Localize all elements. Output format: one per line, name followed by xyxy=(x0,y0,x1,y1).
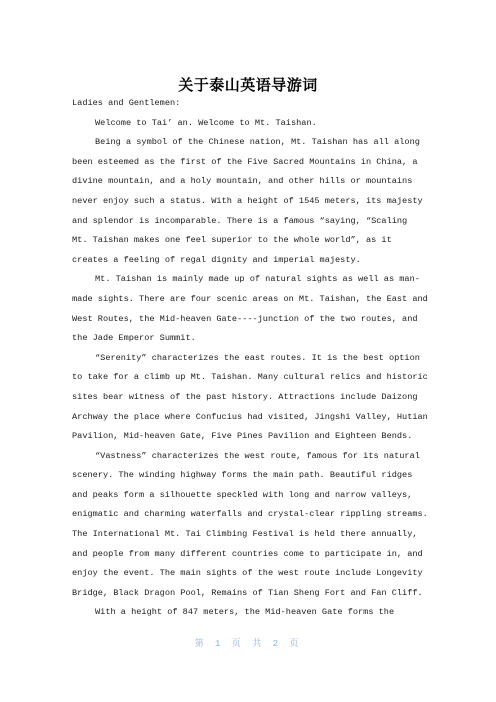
text-line: scenery. The winding highway forms the m… xyxy=(72,466,428,486)
text-line: Being a symbol of the Chinese nation, Mt… xyxy=(72,133,428,153)
document-title: 关于泰山英语导游词 xyxy=(0,74,496,95)
text-line: made sights. There are four scenic areas… xyxy=(72,290,428,310)
text-line: West Routes, the Mid-heaven Gate----junc… xyxy=(72,310,428,330)
text-line: “Vastness” characterizes the west route,… xyxy=(72,447,428,467)
text-line: Pavilion, Mid-heaven Gate, Five Pines Pa… xyxy=(72,427,428,447)
text-line: Mt. Taishan makes one feel superior to t… xyxy=(72,231,428,251)
text-line: “Serenity” characterizes the east routes… xyxy=(72,349,428,369)
text-line: Mt. Taishan is mainly made up of natural… xyxy=(72,270,428,290)
text-line: divine mountain, and a holy mountain, an… xyxy=(72,172,428,192)
text-line: enigmatic and charming waterfalls and cr… xyxy=(72,505,428,525)
text-line: Welcome to Tai’ an. Welcome to Mt. Taish… xyxy=(72,114,428,134)
text-line: The International Mt. Tai Climbing Festi… xyxy=(72,525,428,545)
text-line: to take for a climb up Mt. Taishan. Many… xyxy=(72,368,428,388)
page-number-footer: 第 1 页 共 2 页 xyxy=(0,636,496,649)
text-line: enjoy the event. The main sights of the … xyxy=(72,564,428,584)
text-line: been esteemed as the first of the Five S… xyxy=(72,153,428,173)
document-body: Ladies and Gentlemen:Welcome to Tai’ an.… xyxy=(72,94,428,623)
text-line: Archway the place where Confucius had vi… xyxy=(72,408,428,428)
text-line: and peaks form a silhouette speckled wit… xyxy=(72,486,428,506)
text-line: sites bear witness of the past history. … xyxy=(72,388,428,408)
text-line: never enjoy such a status. With a height… xyxy=(72,192,428,212)
text-line: Ladies and Gentlemen: xyxy=(72,94,428,114)
text-line: the Jade Emperor Summit. xyxy=(72,329,428,349)
text-line: creates a feeling of regal dignity and i… xyxy=(72,251,428,271)
text-line: Bridge, Black Dragon Pool, Remains of Ti… xyxy=(72,584,428,604)
document-page: 关于泰山英语导游词 Ladies and Gentlemen:Welcome t… xyxy=(0,0,496,702)
text-line: With a height of 847 meters, the Mid-hea… xyxy=(72,603,428,623)
text-line: and people from many different countries… xyxy=(72,545,428,565)
text-line: and splendor is incomparable. There is a… xyxy=(72,212,428,232)
